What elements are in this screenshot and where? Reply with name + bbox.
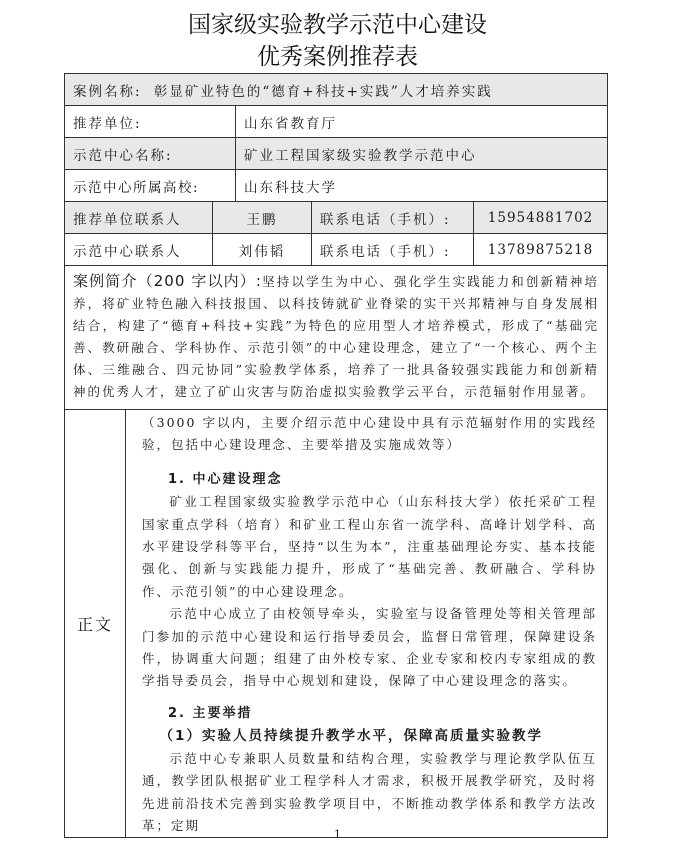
contact-phone: 15954881702 bbox=[474, 202, 608, 234]
document-title-line1: 国家级实验教学示范中心建设 bbox=[0, 6, 675, 39]
section-heading: 2. 主要举措 bbox=[142, 703, 597, 725]
contact-phone: 13789875218 bbox=[474, 234, 608, 266]
intro-text: 坚持以学生为中心、强化学生实践能力和创新精神培养，将矿业特色融入科技报国、以科技… bbox=[73, 274, 599, 399]
body-row: 正文 （3000 字以内，主要介绍示范中心建设中具有示范辐射作用的实践经验，包括… bbox=[65, 410, 608, 838]
page-number: 1 bbox=[0, 828, 675, 841]
body-paragraph: 示范中心成立了由校领导牵头，实验室与设备管理处等相关管理部门参加的示范中心建设和… bbox=[142, 603, 597, 693]
case-name-value: 彰显矿业特色的“德育+科技+实践”人才培养实践 bbox=[154, 84, 493, 100]
university-label: 示范中心所属高校: bbox=[65, 170, 236, 202]
recommender-row: 推荐单位: 山东省教育厅 bbox=[65, 106, 608, 138]
contact-row: 示范中心联系人 刘伟韬 联系电话（手机）: 13789875218 bbox=[65, 234, 608, 266]
case-name-cell: 案例名称: 彰显矿业特色的“德育+科技+实践”人才培养实践 bbox=[65, 74, 608, 106]
center-name-value: 矿业工程国家级实验教学示范中心 bbox=[236, 138, 608, 170]
recommender-value: 山东省教育厅 bbox=[236, 106, 608, 138]
university-row: 示范中心所属高校: 山东科技大学 bbox=[65, 170, 608, 202]
body-hint: （3000 字以内，主要介绍示范中心建设中具有示范辐射作用的实践经验，包括中心建… bbox=[142, 412, 597, 457]
intro-label: 案例简介（200 字以内）: bbox=[73, 272, 262, 290]
contact-phone-label: 联系电话（手机）: bbox=[312, 234, 474, 266]
contact-role-label: 推荐单位联系人 bbox=[65, 202, 213, 234]
body-content: （3000 字以内，主要介绍示范中心建设中具有示范辐射作用的实践经验，包括中心建… bbox=[126, 410, 608, 838]
body-paragraph: 矿业工程国家级实验教学示范中心（山东科技大学）依托采矿工程国家重点学科（培育）和… bbox=[142, 491, 597, 603]
case-name-label: 案例名称: bbox=[73, 84, 142, 100]
contact-row: 推荐单位联系人 王鹏 联系电话（手机）: 15954881702 bbox=[65, 202, 608, 234]
body-paragraph: 示范中心专兼职人员数量和结构合理，实验教学与理论教学队伍互通，教学团队根据矿业工… bbox=[142, 748, 597, 838]
intro-row: 案例简介（200 字以内）:坚持以学生为中心、强化学生实践能力和创新精神培养，将… bbox=[65, 266, 608, 410]
contact-name: 刘伟韬 bbox=[213, 234, 312, 266]
case-name-row: 案例名称: 彰显矿业特色的“德育+科技+实践”人才培养实践 bbox=[65, 74, 608, 106]
contact-phone-label: 联系电话（手机）: bbox=[312, 202, 474, 234]
university-value: 山东科技大学 bbox=[236, 170, 608, 202]
center-name-label: 示范中心名称: bbox=[65, 138, 236, 170]
body-label: 正文 bbox=[65, 410, 126, 838]
center-name-row: 示范中心名称: 矿业工程国家级实验教学示范中心 bbox=[65, 138, 608, 170]
recommender-label: 推荐单位: bbox=[65, 106, 236, 138]
section-heading: 1. 中心建设理念 bbox=[142, 469, 597, 491]
spacer bbox=[142, 693, 597, 703]
contact-name: 王鹏 bbox=[213, 202, 312, 234]
intro-cell: 案例简介（200 字以内）:坚持以学生为中心、强化学生实践能力和创新精神培养，将… bbox=[65, 266, 608, 410]
recommendation-form-table: 案例名称: 彰显矿业特色的“德育+科技+实践”人才培养实践 推荐单位: 山东省教… bbox=[64, 73, 608, 838]
document-title-line2: 优秀案例推荐表 bbox=[0, 38, 675, 71]
subsection-heading: （1）实验人员持续提升教学水平，保障高质量实验教学 bbox=[142, 725, 597, 747]
contact-role-label: 示范中心联系人 bbox=[65, 234, 213, 266]
